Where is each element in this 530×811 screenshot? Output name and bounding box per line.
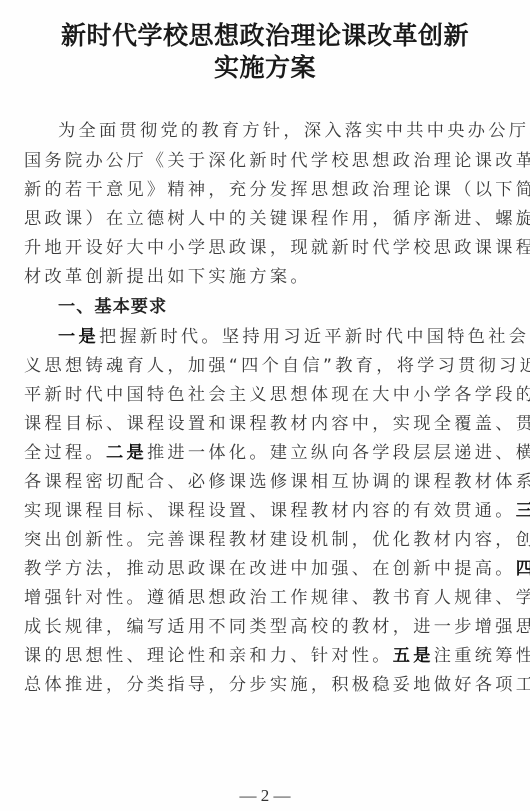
page-number: — 2 —	[0, 786, 530, 806]
body-line-5: 全过程。二是推进一体化。建立纵向各学段层层递进、横向	[24, 442, 508, 464]
point-label-4: 四是	[516, 559, 530, 579]
point-label-2: 二是	[106, 443, 147, 463]
intro-line-4: 思政课）在立德树人中的关键课程作用，循序渐进、螺旋上	[24, 208, 508, 230]
document-page: 新时代学校思想政治理论课改革创新 实施方案 为全面贯彻党的教育方针，深入落实中共…	[0, 0, 530, 811]
document-title-line-2: 实施方案	[0, 48, 530, 84]
body-text: 实现课程目标、课程设置、课程教材内容的有效贯通。	[24, 501, 516, 521]
body-line-7: 实现课程目标、课程设置、课程教材内容的有效贯通。三是	[24, 500, 508, 522]
body-text: 教学方法，推动思政课在改进中加强、在创新中提高。	[24, 559, 516, 579]
intro-line-1: 为全面贯彻党的教育方针，深入落实中共中央办公厅、	[58, 120, 530, 142]
intro-line-5: 升地开设好大中小学思政课，现就新时代学校思政课课程教	[24, 237, 508, 259]
section-heading: 一、基本要求	[58, 296, 530, 318]
body-line-8: 突出创新性。完善课程教材建设机制，优化教材内容，创新	[24, 529, 508, 551]
body-text: 把握新时代。坚持用习近平新时代中国特色社会主	[99, 327, 530, 347]
intro-line-2: 国务院办公厅《关于深化新时代学校思想政治理论课改革创	[24, 150, 508, 172]
intro-line-6: 材改革创新提出如下实施方案。	[24, 266, 508, 288]
body-text: 推进一体化。建立纵向各学段层层递进、横向	[147, 443, 530, 463]
document-title-line-1: 新时代学校思想政治理论课改革创新	[0, 16, 530, 52]
body-line-1: 一是把握新时代。坚持用习近平新时代中国特色社会主	[58, 326, 530, 348]
body-line-10: 增强针对性。遵循思想政治工作规律、教书育人规律、学生	[24, 587, 508, 609]
point-label-1: 一是	[58, 327, 99, 347]
body-text: 注重统筹性。	[434, 646, 530, 666]
point-label-5: 五是	[393, 646, 434, 666]
body-line-3: 平新时代中国特色社会主义思想体现在大中小学各学段的	[24, 384, 508, 406]
body-line-4: 课程目标、课程设置和课程教材内容中，实现全覆盖、贯穿	[24, 413, 508, 435]
body-text: 课的思想性、理论性和亲和力、针对性。	[24, 646, 393, 666]
point-label-3: 三是	[516, 501, 530, 521]
body-line-6: 各课程密切配合、必修课选修课相互协调的课程教材体系，	[24, 471, 508, 493]
body-line-9: 教学方法，推动思政课在改进中加强、在创新中提高。四是	[24, 558, 508, 580]
intro-line-3: 新的若干意见》精神，充分发挥思想政治理论课（以下简称	[24, 179, 508, 201]
body-line-12: 课的思想性、理论性和亲和力、针对性。五是注重统筹性。	[24, 645, 508, 667]
body-line-2: 义思想铸魂育人，加强“四个自信”教育，将学习贯彻习近	[24, 355, 508, 377]
body-text: 全过程。	[24, 443, 106, 463]
body-line-13: 总体推进，分类指导，分步实施，积极稳妥地做好各项工作。	[24, 674, 508, 696]
body-line-11: 成长规律，编写适用不同类型高校的教材，进一步增强思政	[24, 616, 508, 638]
